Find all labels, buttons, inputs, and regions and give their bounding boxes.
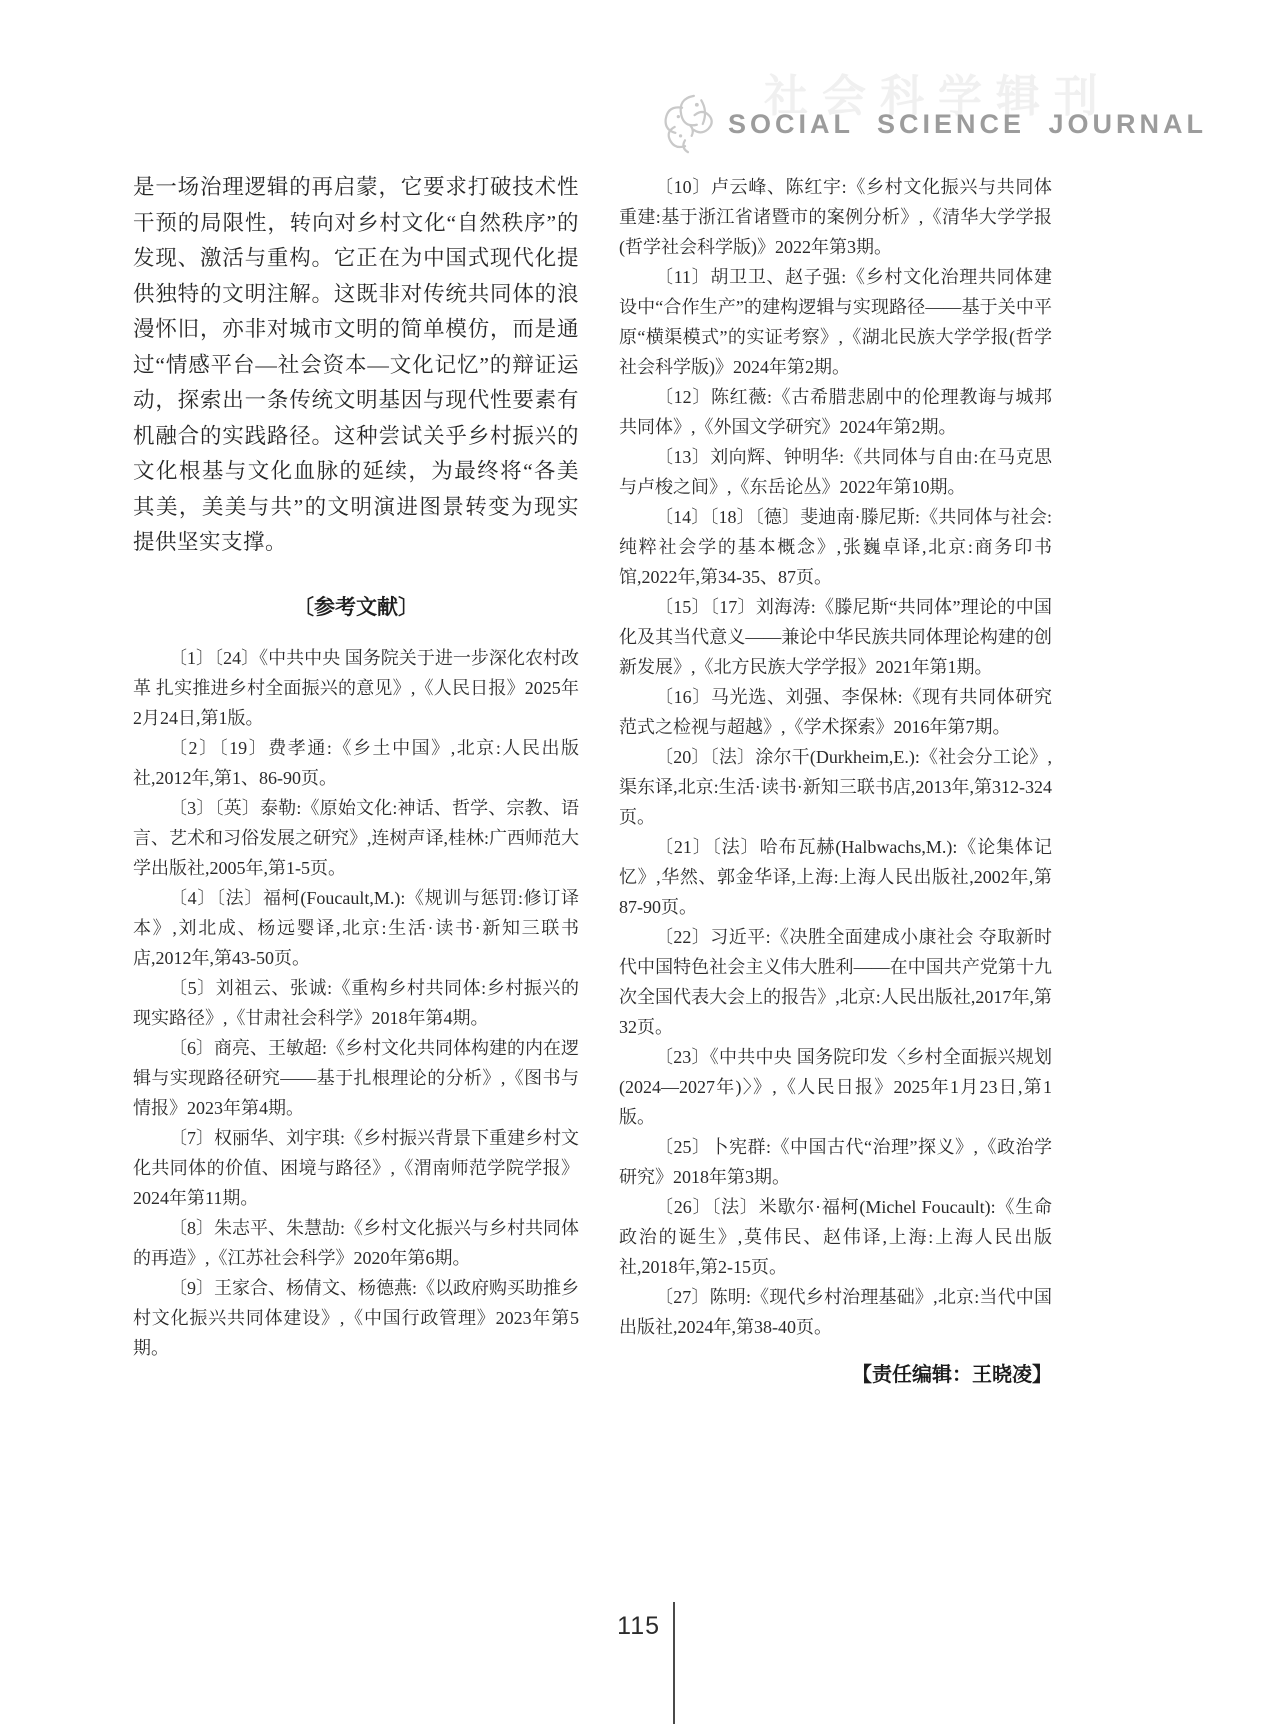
left-column: 是一场治理逻辑的再启蒙，它要求打破技术性干预的局限性，转向对乡村文化“自然秩序”… xyxy=(133,170,579,1387)
references-heading: 〔参考文献〕 xyxy=(133,591,579,621)
reference-entry: 〔23〕《中共中央 国务院印发〈乡村全面振兴规划(2024—2027年)〉》,《… xyxy=(619,1042,1052,1132)
reference-entry: 〔11〕胡卫卫、赵子强:《乡村文化治理共同体建设中“合作生产”的建构逻辑与实现路… xyxy=(619,262,1052,382)
reference-entry: 〔10〕卢云峰、陈红宇:《乡村文化振兴与共同体重建:基于浙江省诸暨市的案例分析》… xyxy=(619,172,1052,262)
journal-name: SOCIAL SCIENCE JOURNAL xyxy=(728,109,1207,140)
responsible-editor-note: 【责任编辑：王晓凌】 xyxy=(619,1358,1052,1387)
reference-entry: 〔12〕陈红薇:《古希腊悲剧中的伦理教诲与城邦共同体》,《外国文学研究》2024… xyxy=(619,382,1052,442)
reference-entry: 〔27〕陈明:《现代乡村治理基础》,北京:当代中国出版社,2024年,第38-4… xyxy=(619,1282,1052,1342)
body-paragraph: 是一场治理逻辑的再启蒙，它要求打破技术性干预的局限性，转向对乡村文化“自然秩序”… xyxy=(133,170,579,561)
reference-entry: 〔4〕〔法〕福柯(Foucault,M.):《规训与惩罚:修订译本》,刘北成、杨… xyxy=(133,883,579,973)
reference-entry: 〔8〕朱志平、朱慧劼:《乡村文化振兴与乡村共同体的再造》,《江苏社会科学》202… xyxy=(133,1213,579,1273)
reference-entry: 〔15〕〔17〕刘海涛:《滕尼斯“共同体”理论的中国化及其当代意义——兼论中华民… xyxy=(619,592,1052,682)
reference-entry: 〔7〕权丽华、刘宇琪:《乡村振兴背景下重建乡村文化共同体的价值、困境与路径》,《… xyxy=(133,1123,579,1213)
reference-entry: 〔20〕〔法〕涂尔干(Durkheim,E.):《社会分工论》,渠东译,北京:生… xyxy=(619,742,1052,832)
reference-entry: 〔21〕〔法〕哈布瓦赫(Halbwachs,M.):《论集体记忆》,华然、郭金华… xyxy=(619,832,1052,922)
page-number: 115 xyxy=(560,1612,660,1641)
right-column: 〔10〕卢云峰、陈红宇:《乡村文化振兴与共同体重建:基于浙江省诸暨市的案例分析》… xyxy=(619,170,1052,1387)
reference-entry: 〔2〕〔19〕费孝通:《乡土中国》,北京:人民出版社,2012年,第1、86-9… xyxy=(133,733,579,793)
journal-page: 社会科学辑刊 SOCIAL SCIENCE JOURNAL 是一场治 xyxy=(0,0,1280,1724)
reference-entry: 〔26〕〔法〕米歇尔·福柯(Michel Foucault):《生命政治的诞生》… xyxy=(619,1192,1052,1282)
footer-vertical-rule xyxy=(673,1602,675,1724)
reference-entry: 〔6〕商亮、王敏超:《乡村文化共同体构建的内在逻辑与实现路径研究——基于扎根理论… xyxy=(133,1033,579,1123)
reference-entry: 〔9〕王家合、杨倩文、杨德燕:《以政府购买助推乡村文化振兴共同体建设》,《中国行… xyxy=(133,1273,579,1363)
reference-entry: 〔25〕卜宪群:《中国古代“治理”探义》,《政治学研究》2018年第3期。 xyxy=(619,1132,1052,1192)
reference-entry: 〔13〕刘向辉、钟明华:《共同体与自由:在马克思与卢梭之间》,《东岳论丛》202… xyxy=(619,442,1052,502)
reference-entry: 〔5〕刘祖云、张诚:《重构乡村共同体:乡村振兴的现实路径》,《甘肃社会科学》20… xyxy=(133,973,579,1033)
reference-entry: 〔1〕〔24〕《中共中央 国务院关于进一步深化农村改革 扎实推进乡村全面振兴的意… xyxy=(133,643,579,733)
reference-entry: 〔16〕马光选、刘强、李保林:《现有共同体研究范式之检视与超越》,《学术探索》2… xyxy=(619,682,1052,742)
phoenix-flourish-icon xyxy=(648,86,722,162)
content-columns: 是一场治理逻辑的再启蒙，它要求打破技术性干预的局限性，转向对乡村文化“自然秩序”… xyxy=(133,170,1052,1387)
reference-entry: 〔14〕〔18〕〔德〕斐迪南·滕尼斯:《共同体与社会:纯粹社会学的基本概念》,张… xyxy=(619,502,1052,592)
reference-entry: 〔22〕习近平:《决胜全面建成小康社会 夺取新时代中国特色社会主义伟大胜利——在… xyxy=(619,922,1052,1042)
reference-entry: 〔3〕〔英〕泰勒:《原始文化:神话、哲学、宗教、语言、艺术和习俗发展之研究》,连… xyxy=(133,793,579,883)
references-list-left: 〔1〕〔24〕《中共中央 国务院关于进一步深化农村改革 扎实推进乡村全面振兴的意… xyxy=(133,643,579,1363)
page-header: SOCIAL SCIENCE JOURNAL xyxy=(648,86,1207,162)
references-list-right: 〔10〕卢云峰、陈红宇:《乡村文化振兴与共同体重建:基于浙江省诸暨市的案例分析》… xyxy=(619,172,1052,1342)
